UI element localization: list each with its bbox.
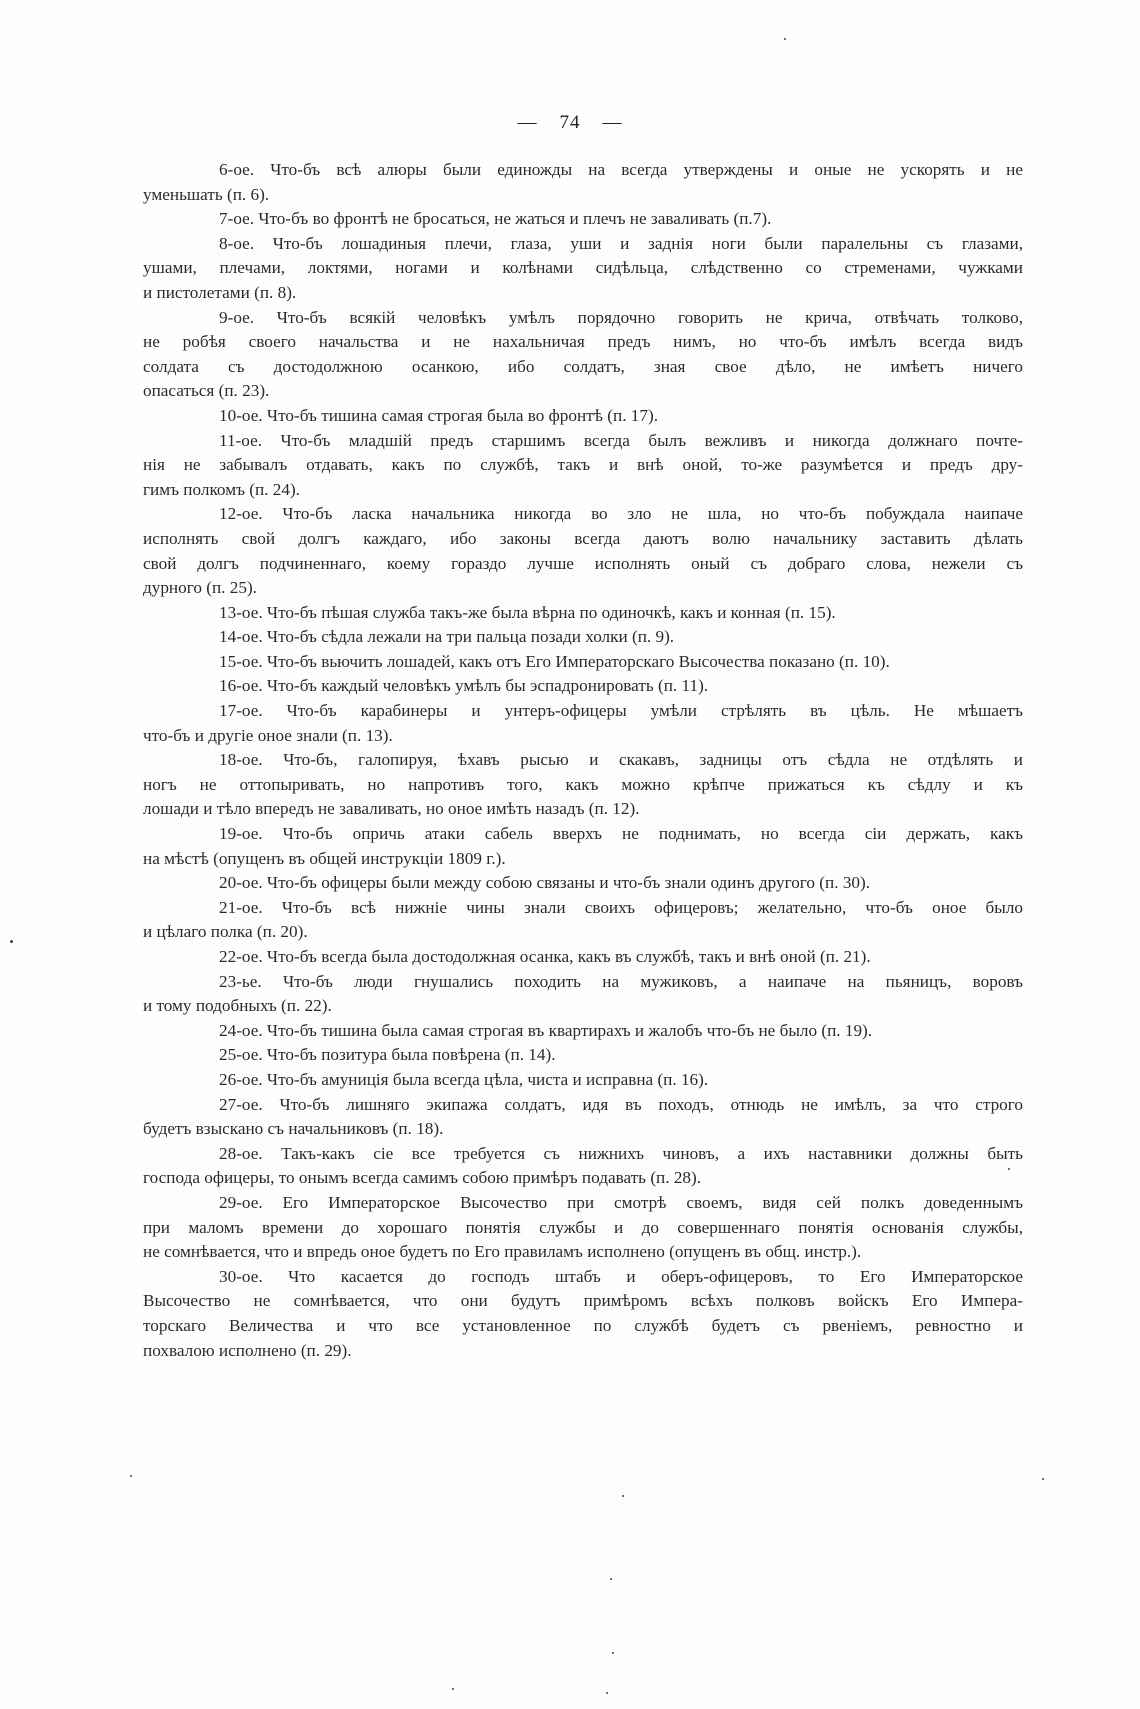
paragraph-item-12: 12-ое. Что-бъ ласка начальника никогда в… bbox=[143, 502, 1023, 600]
text-line: ушами, плечами, локтями, ногами и колѣна… bbox=[143, 256, 1023, 281]
paragraph-item-21: 21-ое. Что-бъ всѣ нижніе чины знали свои… bbox=[143, 896, 1023, 945]
text-line: Высочество не сомнѣвается, что они будут… bbox=[143, 1289, 1023, 1314]
scan-speck bbox=[622, 1495, 624, 1497]
text-line: 7-ое. Что-бъ во фронтѣ не бросаться, не … bbox=[143, 207, 1023, 232]
scan-speck bbox=[612, 1652, 614, 1654]
text-line: похвалою исполнено (п. 29). bbox=[143, 1339, 1023, 1364]
scan-speck bbox=[1008, 1168, 1010, 1170]
text-line: 30-ое. Что касается до господъ штабъ и о… bbox=[143, 1265, 1023, 1290]
scan-speck bbox=[452, 1688, 454, 1690]
text-line: 19-ое. Что-бъ опричь атаки сабель вверхъ… bbox=[143, 822, 1023, 847]
paragraph-item-7: 7-ое. Что-бъ во фронтѣ не бросаться, не … bbox=[143, 207, 1023, 232]
text-line: 20-ое. Что-бъ офицеры были между собою с… bbox=[143, 871, 1023, 896]
text-line: 16-ое. Что-бъ каждый человѣкъ умѣлъ бы э… bbox=[143, 674, 1023, 699]
paragraph-item-20: 20-ое. Что-бъ офицеры были между собою с… bbox=[143, 871, 1023, 896]
paragraph-item-29: 29-ое. Его Императорское Высочество при … bbox=[143, 1191, 1023, 1265]
text-line: 14-ое. Что-бъ сѣдла лежали на три пальца… bbox=[143, 625, 1023, 650]
text-line: при маломъ времени до хорошаго понятія с… bbox=[143, 1216, 1023, 1241]
paragraph-item-9: 9-ое. Что-бъ всякій человѣкъ умѣлъ поряд… bbox=[143, 306, 1023, 404]
text-line: господа офицеры, то онымъ всегда самимъ … bbox=[143, 1166, 1023, 1191]
text-line: не робѣя своего начальства и не нахальни… bbox=[143, 330, 1023, 355]
text-line: свой долгъ подчиненнаго, коему гораздо л… bbox=[143, 552, 1023, 577]
text-line: 17-ое. Что-бъ карабинеры и унтеръ-офицер… bbox=[143, 699, 1023, 724]
text-line: 21-ое. Что-бъ всѣ нижніе чины знали свои… bbox=[143, 896, 1023, 921]
text-line: будетъ взыскано съ начальниковъ (п. 18). bbox=[143, 1117, 1023, 1142]
text-line: 8-ое. Что-бъ лошадиныя плечи, глаза, уши… bbox=[143, 232, 1023, 257]
text-line: гимъ полкомъ (п. 24). bbox=[143, 478, 1023, 503]
paragraph-item-13: 13-ое. Что-бъ пѣшая служба такъ-же была … bbox=[143, 601, 1023, 626]
text-line: 9-ое. Что-бъ всякій человѣкъ умѣлъ поряд… bbox=[143, 306, 1023, 331]
paragraph-item-16: 16-ое. Что-бъ каждый человѣкъ умѣлъ бы э… bbox=[143, 674, 1023, 699]
paragraph-item-6: 6-ое. Что-бъ всѣ алюры были единожды на … bbox=[143, 158, 1023, 207]
text-line: исполнять свой долгъ каждаго, ибо законы… bbox=[143, 527, 1023, 552]
paragraph-item-27: 27-ое. Что-бъ лишняго экипажа солдатъ, и… bbox=[143, 1093, 1023, 1142]
text-line: 23-ье. Что-бъ люди гнушались походить на… bbox=[143, 970, 1023, 995]
paragraph-item-19: 19-ое. Что-бъ опричь атаки сабель вверхъ… bbox=[143, 822, 1023, 871]
paragraph-item-23: 23-ье. Что-бъ люди гнушались походить на… bbox=[143, 970, 1023, 1019]
text-line: 6-ое. Что-бъ всѣ алюры были единожды на … bbox=[143, 158, 1023, 183]
text-line: лошади и тѣло впередъ не заваливать, но … bbox=[143, 797, 1023, 822]
paragraph-item-10: 10-ое. Что-бъ тишина самая строгая была … bbox=[143, 404, 1023, 429]
scan-speck bbox=[606, 1692, 608, 1694]
scan-speck bbox=[1042, 1478, 1044, 1480]
text-line: 27-ое. Что-бъ лишняго экипажа солдатъ, и… bbox=[143, 1093, 1023, 1118]
paragraph-item-8: 8-ое. Что-бъ лошадиныя плечи, глаза, уши… bbox=[143, 232, 1023, 306]
document-page: —74— 6-ое. Что-бъ всѣ алюры были единожд… bbox=[0, 0, 1140, 1709]
text-line: нія не забывалъ отдавать, какъ по службѣ… bbox=[143, 453, 1023, 478]
text-line: опасаться (п. 23). bbox=[143, 379, 1023, 404]
paragraph-item-15: 15-ое. Что-бъ вьючить лошадей, какъ отъ … bbox=[143, 650, 1023, 675]
text-line: 11-ое. Что-бъ младшій предъ старшимъ все… bbox=[143, 429, 1023, 454]
text-line: 13-ое. Что-бъ пѣшая служба такъ-же была … bbox=[143, 601, 1023, 626]
text-line: 24-ое. Что-бъ тишина была самая строгая … bbox=[143, 1019, 1023, 1044]
text-line: 22-ое. Что-бъ всегда была достодолжная о… bbox=[143, 945, 1023, 970]
paragraph-item-30: 30-ое. Что касается до господъ штабъ и о… bbox=[143, 1265, 1023, 1363]
paragraph-item-24: 24-ое. Что-бъ тишина была самая строгая … bbox=[143, 1019, 1023, 1044]
text-line: уменьшать (п. 6). bbox=[143, 183, 1023, 208]
paragraph-item-22: 22-ое. Что-бъ всегда была достодолжная о… bbox=[143, 945, 1023, 970]
text-line: 28-ое. Такъ-какъ сіе все требуется съ ни… bbox=[143, 1142, 1023, 1167]
text-line: не сомнѣвается, что и впредь оное будетъ… bbox=[143, 1240, 1023, 1265]
text-line: 10-ое. Что-бъ тишина самая строгая была … bbox=[143, 404, 1023, 429]
text-line: ногъ не оттопыривать, но напротивъ того,… bbox=[143, 773, 1023, 798]
text-line: на мѣстѣ (опущенъ въ общей инструкціи 18… bbox=[143, 847, 1023, 872]
text-line: 12-ое. Что-бъ ласка начальника никогда в… bbox=[143, 502, 1023, 527]
scan-speck bbox=[610, 1578, 612, 1580]
page-number-dash-left: — bbox=[518, 112, 538, 134]
text-line: солдата съ достодолжною осанкою, ибо сол… bbox=[143, 355, 1023, 380]
page-number-header: —74— bbox=[0, 112, 1140, 134]
text-line: 25-ое. Что-бъ позитура была повѣрена (п.… bbox=[143, 1043, 1023, 1068]
text-line: 18-ое. Что-бъ, галопируя, ѣхавъ рысью и … bbox=[143, 748, 1023, 773]
text-line: и цѣлаго полка (п. 20). bbox=[143, 920, 1023, 945]
document-body: 6-ое. Что-бъ всѣ алюры были единожды на … bbox=[143, 158, 1023, 1363]
paragraph-item-26: 26-ое. Что-бъ амуниція была всегда цѣла,… bbox=[143, 1068, 1023, 1093]
page-number-dash-right: — bbox=[603, 112, 623, 134]
scan-speck bbox=[784, 38, 786, 40]
paragraph-item-11: 11-ое. Что-бъ младшій предъ старшимъ все… bbox=[143, 429, 1023, 503]
scan-speck bbox=[130, 1475, 132, 1477]
paragraph-item-17: 17-ое. Что-бъ карабинеры и унтеръ-офицер… bbox=[143, 699, 1023, 748]
text-line: 26-ое. Что-бъ амуниція была всегда цѣла,… bbox=[143, 1068, 1023, 1093]
scan-speck bbox=[10, 940, 13, 943]
text-line: 29-ое. Его Императорское Высочество при … bbox=[143, 1191, 1023, 1216]
paragraph-item-18: 18-ое. Что-бъ, галопируя, ѣхавъ рысью и … bbox=[143, 748, 1023, 822]
text-line: торскаго Величества и что все установлен… bbox=[143, 1314, 1023, 1339]
text-line: что-бъ и другіе оное знали (п. 13). bbox=[143, 724, 1023, 749]
text-line: дурного (п. 25). bbox=[143, 576, 1023, 601]
text-line: 15-ое. Что-бъ вьючить лошадей, какъ отъ … bbox=[143, 650, 1023, 675]
paragraph-item-25: 25-ое. Что-бъ позитура была повѣрена (п.… bbox=[143, 1043, 1023, 1068]
text-line: и тому подобныхъ (п. 22). bbox=[143, 994, 1023, 1019]
text-line: и пистолетами (п. 8). bbox=[143, 281, 1023, 306]
paragraph-item-28: 28-ое. Такъ-какъ сіе все требуется съ ни… bbox=[143, 1142, 1023, 1191]
paragraph-item-14: 14-ое. Что-бъ сѣдла лежали на три пальца… bbox=[143, 625, 1023, 650]
page-number: 74 bbox=[560, 112, 581, 133]
